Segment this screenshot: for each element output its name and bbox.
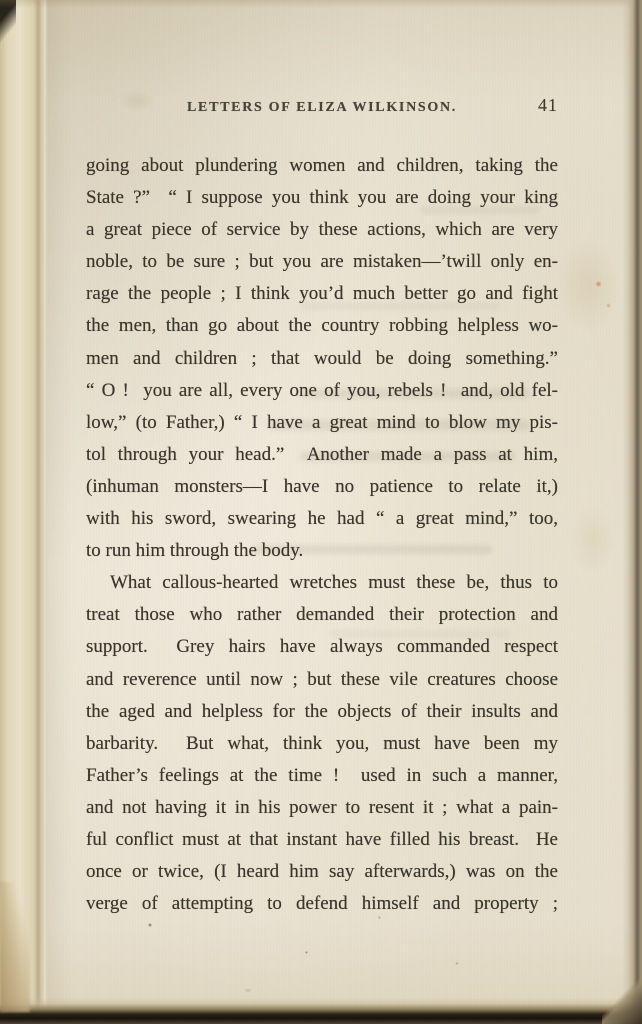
text-line: Father’s feelings at the time ! used in … — [86, 760, 558, 792]
text-line: going about plundering women and childre… — [86, 150, 558, 182]
text-line: tol through your head.” Another made a p… — [86, 439, 558, 471]
ink-speck — [148, 923, 152, 927]
text-line: treat those who rather demanded their pr… — [86, 599, 558, 631]
text-line: noble, to be sure ; but you are mistaken… — [86, 246, 558, 278]
text-line: once or twice, (I heard him say afterwar… — [86, 856, 558, 888]
text-line: and reverence until now ; but these vile… — [86, 664, 558, 696]
text-line: What callous-hearted wretches must these… — [86, 567, 558, 599]
text-line: “ O ! you are all, every one of you, reb… — [86, 375, 558, 407]
text-line: a great piece of service by these action… — [86, 214, 558, 246]
text-line: State ?” “ I suppose you think you are d… — [86, 182, 558, 214]
text-line: the men, than go about the country robbi… — [86, 310, 558, 342]
page-edge-right — [622, 0, 642, 1024]
printed-page-content: LETTERS OF ELIZA WILKINSON. 41 going abo… — [86, 98, 558, 124]
text-line: men and children ; that would be doing s… — [86, 343, 558, 375]
page-edge-top — [0, 0, 642, 8]
text-line: the aged and helpless for the objects of… — [86, 696, 558, 728]
text-line: ful conflict must at that instant have f… — [86, 824, 558, 856]
running-head: LETTERS OF ELIZA WILKINSON. 41 — [86, 98, 558, 124]
running-head-title: LETTERS OF ELIZA WILKINSON. — [187, 100, 457, 115]
foxing-stain — [595, 281, 602, 287]
foxing-stain — [606, 303, 611, 308]
text-line: support. Grey hairs have always commande… — [86, 631, 558, 663]
foxing-stain — [556, 235, 622, 335]
text-line: low,” (to Father,) “ I have a great mind… — [86, 407, 558, 439]
paper-crease — [34, 0, 46, 1024]
page-number: 41 — [538, 95, 558, 116]
ink-speck — [455, 962, 459, 965]
page-corner-cut — [602, 978, 642, 1024]
page-stack-corner — [0, 882, 30, 1012]
body-text: going about plundering women and childre… — [86, 150, 558, 920]
text-line: rage the people ; I think you’d much bet… — [86, 278, 558, 310]
page-edge-bottom — [0, 998, 642, 1024]
text-line: (inhuman monsters—I have no patience to … — [86, 471, 558, 503]
foxing-stain — [570, 505, 616, 575]
foxing-stain — [244, 988, 252, 993]
ink-speck — [305, 951, 308, 954]
text-line: barbarity. But what, think you, must hav… — [86, 728, 558, 760]
paper-fold-shadow — [46, 0, 72, 1024]
scanned-book-page: LETTERS OF ELIZA WILKINSON. 41 going abo… — [0, 0, 642, 1024]
text-line: with his sword, swearing he had “ a grea… — [86, 503, 558, 535]
text-line: to run him through the body. — [86, 535, 558, 567]
text-line: verge of attempting to defend himself an… — [86, 888, 558, 920]
text-line: and not having it in his power to resent… — [86, 792, 558, 824]
